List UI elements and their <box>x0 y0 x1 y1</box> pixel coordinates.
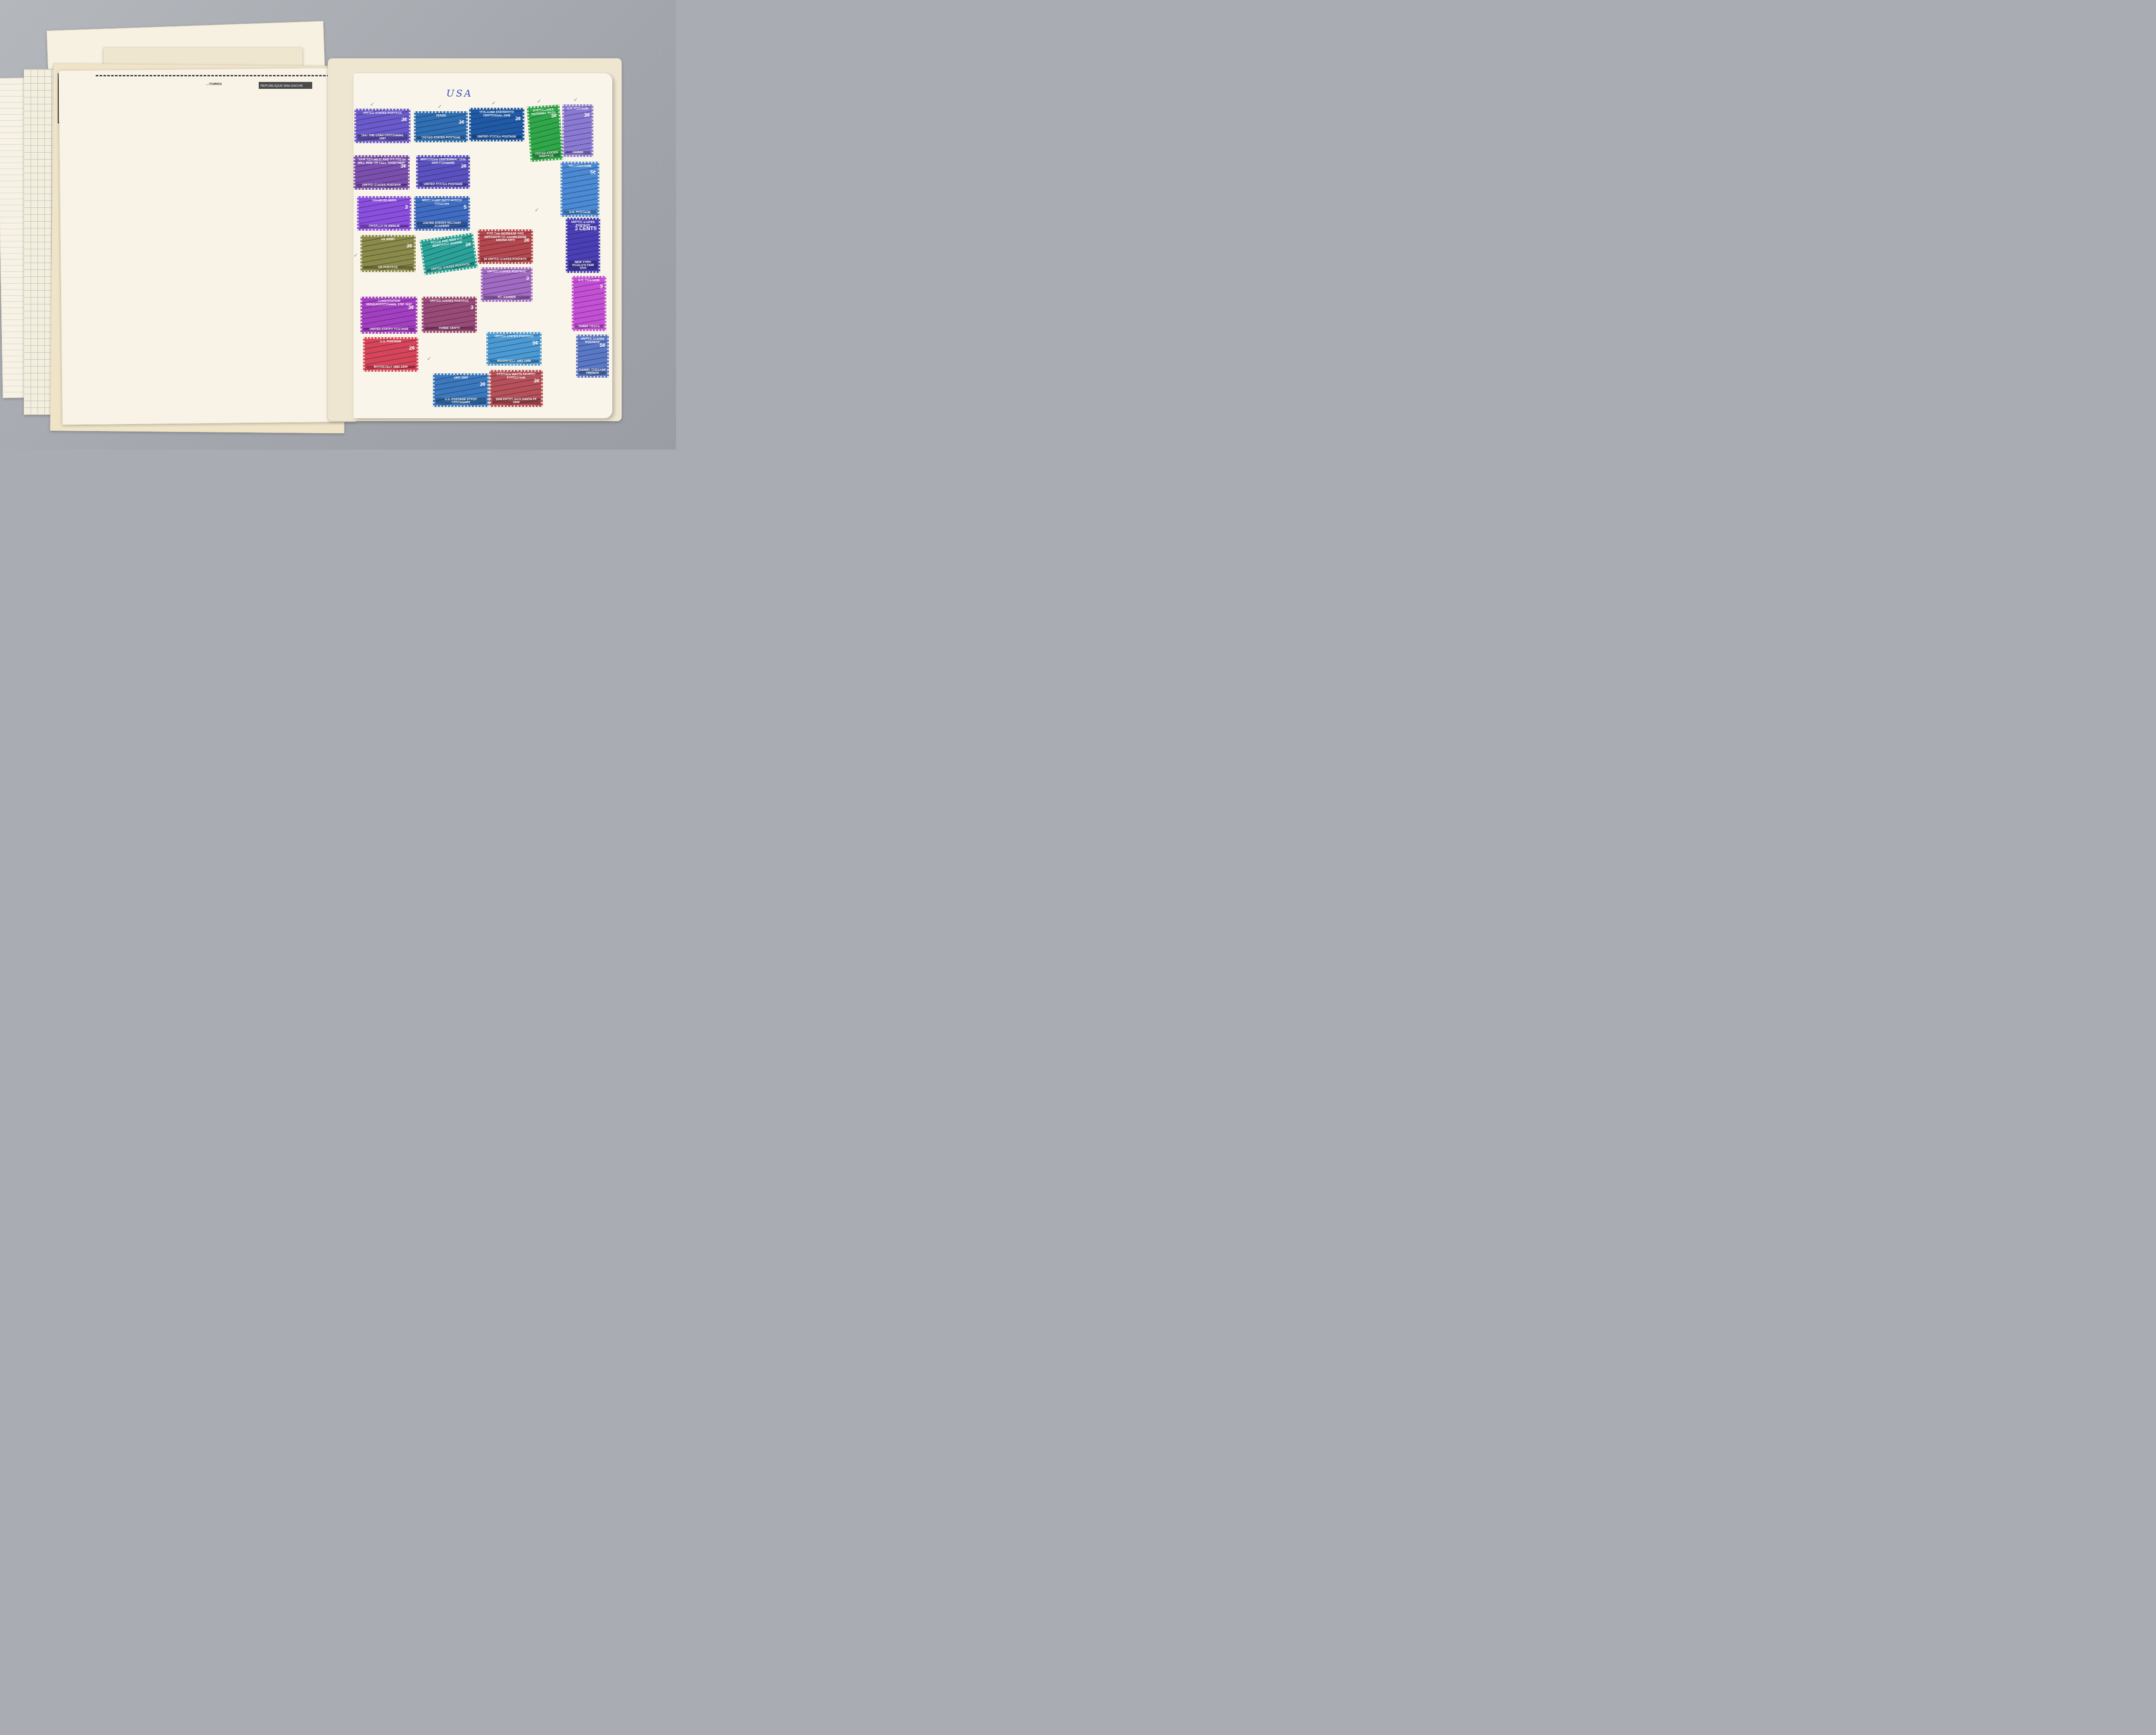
stamp-denomination: 3 <box>526 275 529 281</box>
stamp-bottom-text: ROOSEVELT 1882 1945 <box>489 360 539 363</box>
stamp-top-text: UNITED STATES POSTAGE <box>489 335 539 338</box>
stamp-top-text: YELLOWSTONE <box>564 165 596 168</box>
stamp-top-text: U.S. POSTAGE <box>366 340 415 344</box>
postage-stamp: UNITED STATES POSTAGE3THREE CENTS <box>422 297 477 333</box>
postage-stamp: WEST POINT DUTY HONOR COUNTRY5UNITED STA… <box>414 196 470 231</box>
pencil-check-mark: ✓ <box>573 97 578 103</box>
stamp-top-text: VIRGIN ISLANDS <box>360 199 408 203</box>
stamp-top-text: U.S. POSTAGE <box>575 279 603 282</box>
stamp-denomination: 3¢ <box>407 243 412 249</box>
front-blank-sheet <box>59 67 357 425</box>
stamp-denomination: 5¢ <box>590 169 596 175</box>
stamp-top-text: 1846-IOWA STATEHOOD CENTENNIAL-1946 <box>472 111 521 117</box>
stamp-top-text: "OUR REPUBLIC AND ITS PRESS WILL RISE OR… <box>357 158 407 165</box>
stamp-bottom-text: U.S. POSTAGE STAMP CENTENARY <box>436 398 486 404</box>
postage-stamp: YELLOWSTONE5¢U.S. POSTAGE <box>561 162 599 217</box>
header-fragment-malagasy: REPUBLIQUE MALGACHE <box>259 82 312 89</box>
postage-stamp: VIRGIN ISLANDS3CHARLOTTE AMALIE <box>357 196 411 231</box>
pencil-check-mark: ✓ <box>361 183 366 189</box>
postage-stamp: UNITED STATES POSTAGE3¢1847 THE UTAH CEN… <box>354 109 411 143</box>
stamp-bottom-text: HAWAII <box>565 151 590 154</box>
stamp-denomination: 2¢ <box>409 345 415 351</box>
postage-stamp: WISCONSIN CENTENNIAL 1848 1948 FORWARD3¢… <box>416 155 470 189</box>
postage-stamp: UNITED STATES POSTAGE3 CENTSNEW YORK WOR… <box>566 218 600 273</box>
stamp-bottom-text: 1847 THE UTAH CENTENNIAL 1947 <box>357 134 407 140</box>
stamp-denomination: 3 <box>405 204 408 210</box>
stamp-bottom-text: 1846 ENTRY INTO SANTA FE 1946 <box>492 398 540 404</box>
postage-stamp: EVERGLADES NATIONAL PARK3¢UNITED STATES … <box>527 105 564 162</box>
postage-stamp: 1847-19473¢U.S. POSTAGE STAMP CENTENARY <box>433 373 489 407</box>
stamp-bottom-text: THREE CENTS <box>425 327 474 330</box>
page-heading-usa: USA <box>446 88 473 99</box>
stamp-denomination: 3¢ <box>459 119 464 125</box>
stamp-denomination: 3¢ <box>461 163 467 169</box>
stamp-bottom-text: CHARLOTTE AMALIE <box>360 225 408 228</box>
stamp-top-text: US ARMY <box>364 238 413 241</box>
postage-stamp: UNITED STATES POSTAGE5¢ROOSEVELT 1882 19… <box>486 332 542 366</box>
stamp-top-text: TEXAS <box>417 114 465 118</box>
stamp-top-text: FOR THE INCREASE AND DIFFUSION OF KNOWLE… <box>481 232 530 242</box>
stamp-bottom-text: US POSTAGE <box>364 266 413 269</box>
page-border-decoration <box>96 75 337 76</box>
stamp-denomination: 3¢ <box>401 116 407 122</box>
stamp-denomination: 3 <box>470 304 473 310</box>
pencil-check-mark: ✓ <box>537 98 541 104</box>
stamp-denomination: 5 <box>464 204 467 210</box>
postage-stamp: PEACE AND WAR U.S. MERCHANT MARINE3¢UNIT… <box>420 233 478 276</box>
stamp-denomination: 3¢ <box>401 163 406 169</box>
stamp-bottom-text: U.S. POSTAGE <box>564 211 596 214</box>
stamp-bottom-text: UNITED STATES POSTAGE <box>417 136 465 139</box>
stamp-denomination: 3¢ <box>534 378 539 384</box>
stamp-denomination: 3¢ <box>584 112 590 118</box>
pencil-check-mark: ✓ <box>354 252 358 258</box>
postage-stamp: UNITED STATES POSTAGE5¢DANIEL CHESTER FR… <box>576 335 609 378</box>
stamp-bottom-text: MT. RAINIER <box>484 296 530 299</box>
postage-stamp: U.S. POSTAGE3THREE CENTS <box>572 276 606 331</box>
postage-stamp: CONSTITUTION SESQUICENTENNIAL 1787 19373… <box>360 297 417 334</box>
stamp-denomination: 3¢ <box>408 304 414 310</box>
header-fragment-territories: ...TOIRES <box>206 82 222 86</box>
stamp-bottom-text: THREE CENTS <box>575 325 603 328</box>
stamp-denomination: 3¢ <box>515 116 521 122</box>
postage-stamp: U.S. POSTAGE3¢HAWAII <box>562 104 593 157</box>
postage-stamp: STEPHEN WATTS KEARNY EXPEDITION3¢1846 EN… <box>489 370 543 407</box>
pencil-check-mark: ✓ <box>370 101 374 107</box>
stamp-top-text: UNITED STATES POSTAGE <box>425 300 474 303</box>
postmark-cancel-lines <box>362 237 414 270</box>
stamp-top-text: UNITED STATES POSTAGE <box>484 270 530 274</box>
stamp-denomination: 3 CENTS <box>575 225 597 232</box>
stamp-denomination: 3¢ <box>551 113 557 119</box>
stamp-bottom-text: UNITED STATES POSTAGE <box>533 151 560 159</box>
postage-stamp: TEXAS3¢UNITED STATES POSTAGE <box>414 111 468 142</box>
stamp-denomination: 3¢ <box>465 241 471 248</box>
stamp-bottom-text: UNITED STATES POSTAGE <box>364 328 414 331</box>
stamp-top-text: U.S. POSTAGE <box>565 107 590 111</box>
pencil-check-mark: ✓ <box>427 356 431 362</box>
stamp-denomination: 5¢ <box>600 342 605 348</box>
pencil-check-mark: ✓ <box>436 390 440 396</box>
stamp-bottom-text: UNITED STATES POSTAGE <box>472 135 521 138</box>
postage-stamp: FOR THE INCREASE AND DIFFUSION OF KNOWLE… <box>478 229 533 264</box>
stamp-bottom-text: ROOSEVELT 1882-1945 <box>366 366 415 369</box>
stamp-top-text: STEPHEN WATTS KEARNY EXPEDITION <box>492 373 540 379</box>
stamp-bottom-text: UNITED STATES MILITARY ACADEMY <box>417 222 467 228</box>
postage-stamp: 1846-IOWA STATEHOOD CENTENNIAL-19463¢UNI… <box>469 108 524 141</box>
stamp-bottom-text: DANIEL CHESTER FRENCH <box>579 369 606 375</box>
stamp-top-text: CONSTITUTION SESQUICENTENNIAL 1787 1937 <box>364 300 414 306</box>
pencil-check-mark: ✓ <box>492 100 496 106</box>
stamp-denomination: 3¢ <box>480 381 486 387</box>
postage-stamp: US ARMY3¢US POSTAGE <box>360 235 416 272</box>
stamp-denomination: 3¢ <box>524 237 530 243</box>
postage-stamp: UNITED STATES POSTAGE3MT. RAINIER <box>481 267 533 302</box>
pencil-check-mark: ✓ <box>535 207 539 213</box>
stamp-top-text: WISCONSIN CENTENNIAL 1848 1948 FORWARD <box>419 158 467 165</box>
stamp-bottom-text: NEW YORK WORLD'S FAIR 1939 <box>569 261 597 270</box>
stamp-top-text: 1847-1947 <box>436 376 486 380</box>
postmark-cancel-lines <box>423 298 475 331</box>
stamp-top-text: UNITED STATES POSTAGE <box>357 112 407 115</box>
stamp-bottom-text: 3¢ UNITED STATES POSTAGE <box>481 258 530 261</box>
stamp-top-text: WEST POINT DUTY HONOR COUNTRY <box>417 199 467 206</box>
postage-stamp: U.S. POSTAGE2¢ROOSEVELT 1882-1945 <box>363 337 418 372</box>
stamp-bottom-text: UNITED STATES POSTAGE <box>419 183 467 186</box>
stamp-denomination: 5¢ <box>533 340 538 346</box>
stamp-denomination: 3 <box>600 284 603 290</box>
pencil-check-mark: ✓ <box>438 103 442 110</box>
